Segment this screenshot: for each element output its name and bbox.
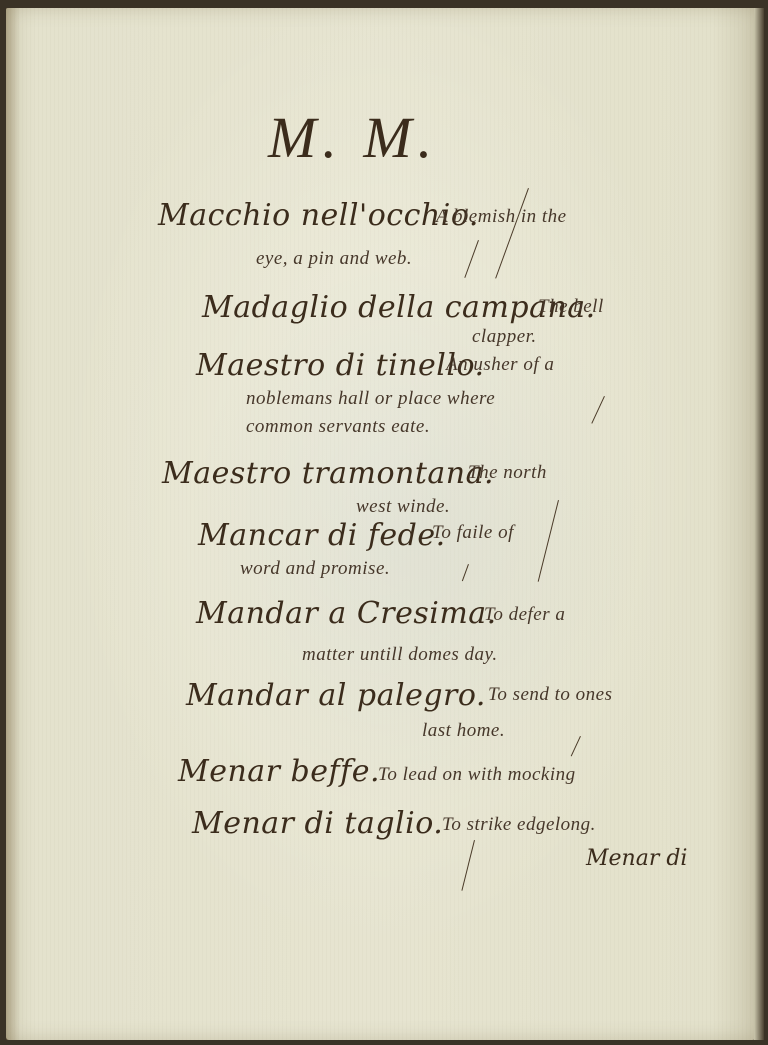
entry-headword: Maestro tramontana.: [162, 456, 494, 491]
manuscript-page: M. M. Macchio nell'occhio. A blemish in …: [6, 8, 758, 1040]
section-heading: M. M.: [268, 104, 438, 171]
entry-gloss: eye, a pin and web.: [256, 248, 412, 270]
page-edge: [754, 8, 764, 1040]
entry-headword: Madaglio della campana.: [202, 290, 596, 325]
entry-gloss: clapper.: [472, 326, 537, 348]
entry-headword: Menar di taglio.: [192, 806, 443, 841]
entry-gloss: To defer a: [484, 604, 565, 626]
entry-gloss: The bell: [538, 296, 604, 318]
entry-gloss: last home.: [422, 720, 505, 742]
entry-gloss: common servants eate.: [246, 416, 430, 438]
entry-gloss: To faile of: [432, 522, 514, 544]
entry-headword: Mancar di fede.: [198, 518, 446, 553]
entry-gloss: A blemish in the: [436, 206, 567, 228]
pen-stroke: [462, 564, 469, 581]
entry-gloss: To lead on with mocking: [378, 764, 576, 786]
pen-stroke: [464, 240, 479, 278]
manuscript-scan: M. M. Macchio nell'occhio. A blemish in …: [0, 0, 768, 1045]
pen-stroke: [461, 840, 475, 891]
entry-gloss: word and promise.: [240, 558, 390, 580]
entry-gloss: To send to ones: [488, 684, 613, 706]
pen-stroke: [538, 500, 559, 582]
pen-stroke: [495, 188, 529, 279]
entry-headword: Macchio nell'occhio.: [158, 198, 479, 233]
entry-gloss: noblemans hall or place where: [246, 388, 495, 410]
entry-gloss: The north: [468, 462, 547, 484]
entry-gloss: west winde.: [356, 496, 450, 518]
binding-gutter: [6, 8, 20, 1040]
entry-headword: Menar beffe.: [178, 754, 380, 789]
catchword: Menar di: [586, 846, 687, 871]
entry-headword: Mandar al palegro.: [186, 678, 486, 713]
entry-gloss: matter untill domes day.: [302, 644, 498, 666]
entry-headword: Mandar a Cresima.: [196, 596, 497, 631]
pen-stroke: [591, 396, 605, 424]
pen-stroke: [571, 736, 581, 756]
entry-gloss: To strike edgelong.: [442, 814, 596, 836]
entry-gloss: An usher of a: [446, 354, 554, 376]
entry-headword: Maestro di tinello.: [196, 348, 485, 383]
